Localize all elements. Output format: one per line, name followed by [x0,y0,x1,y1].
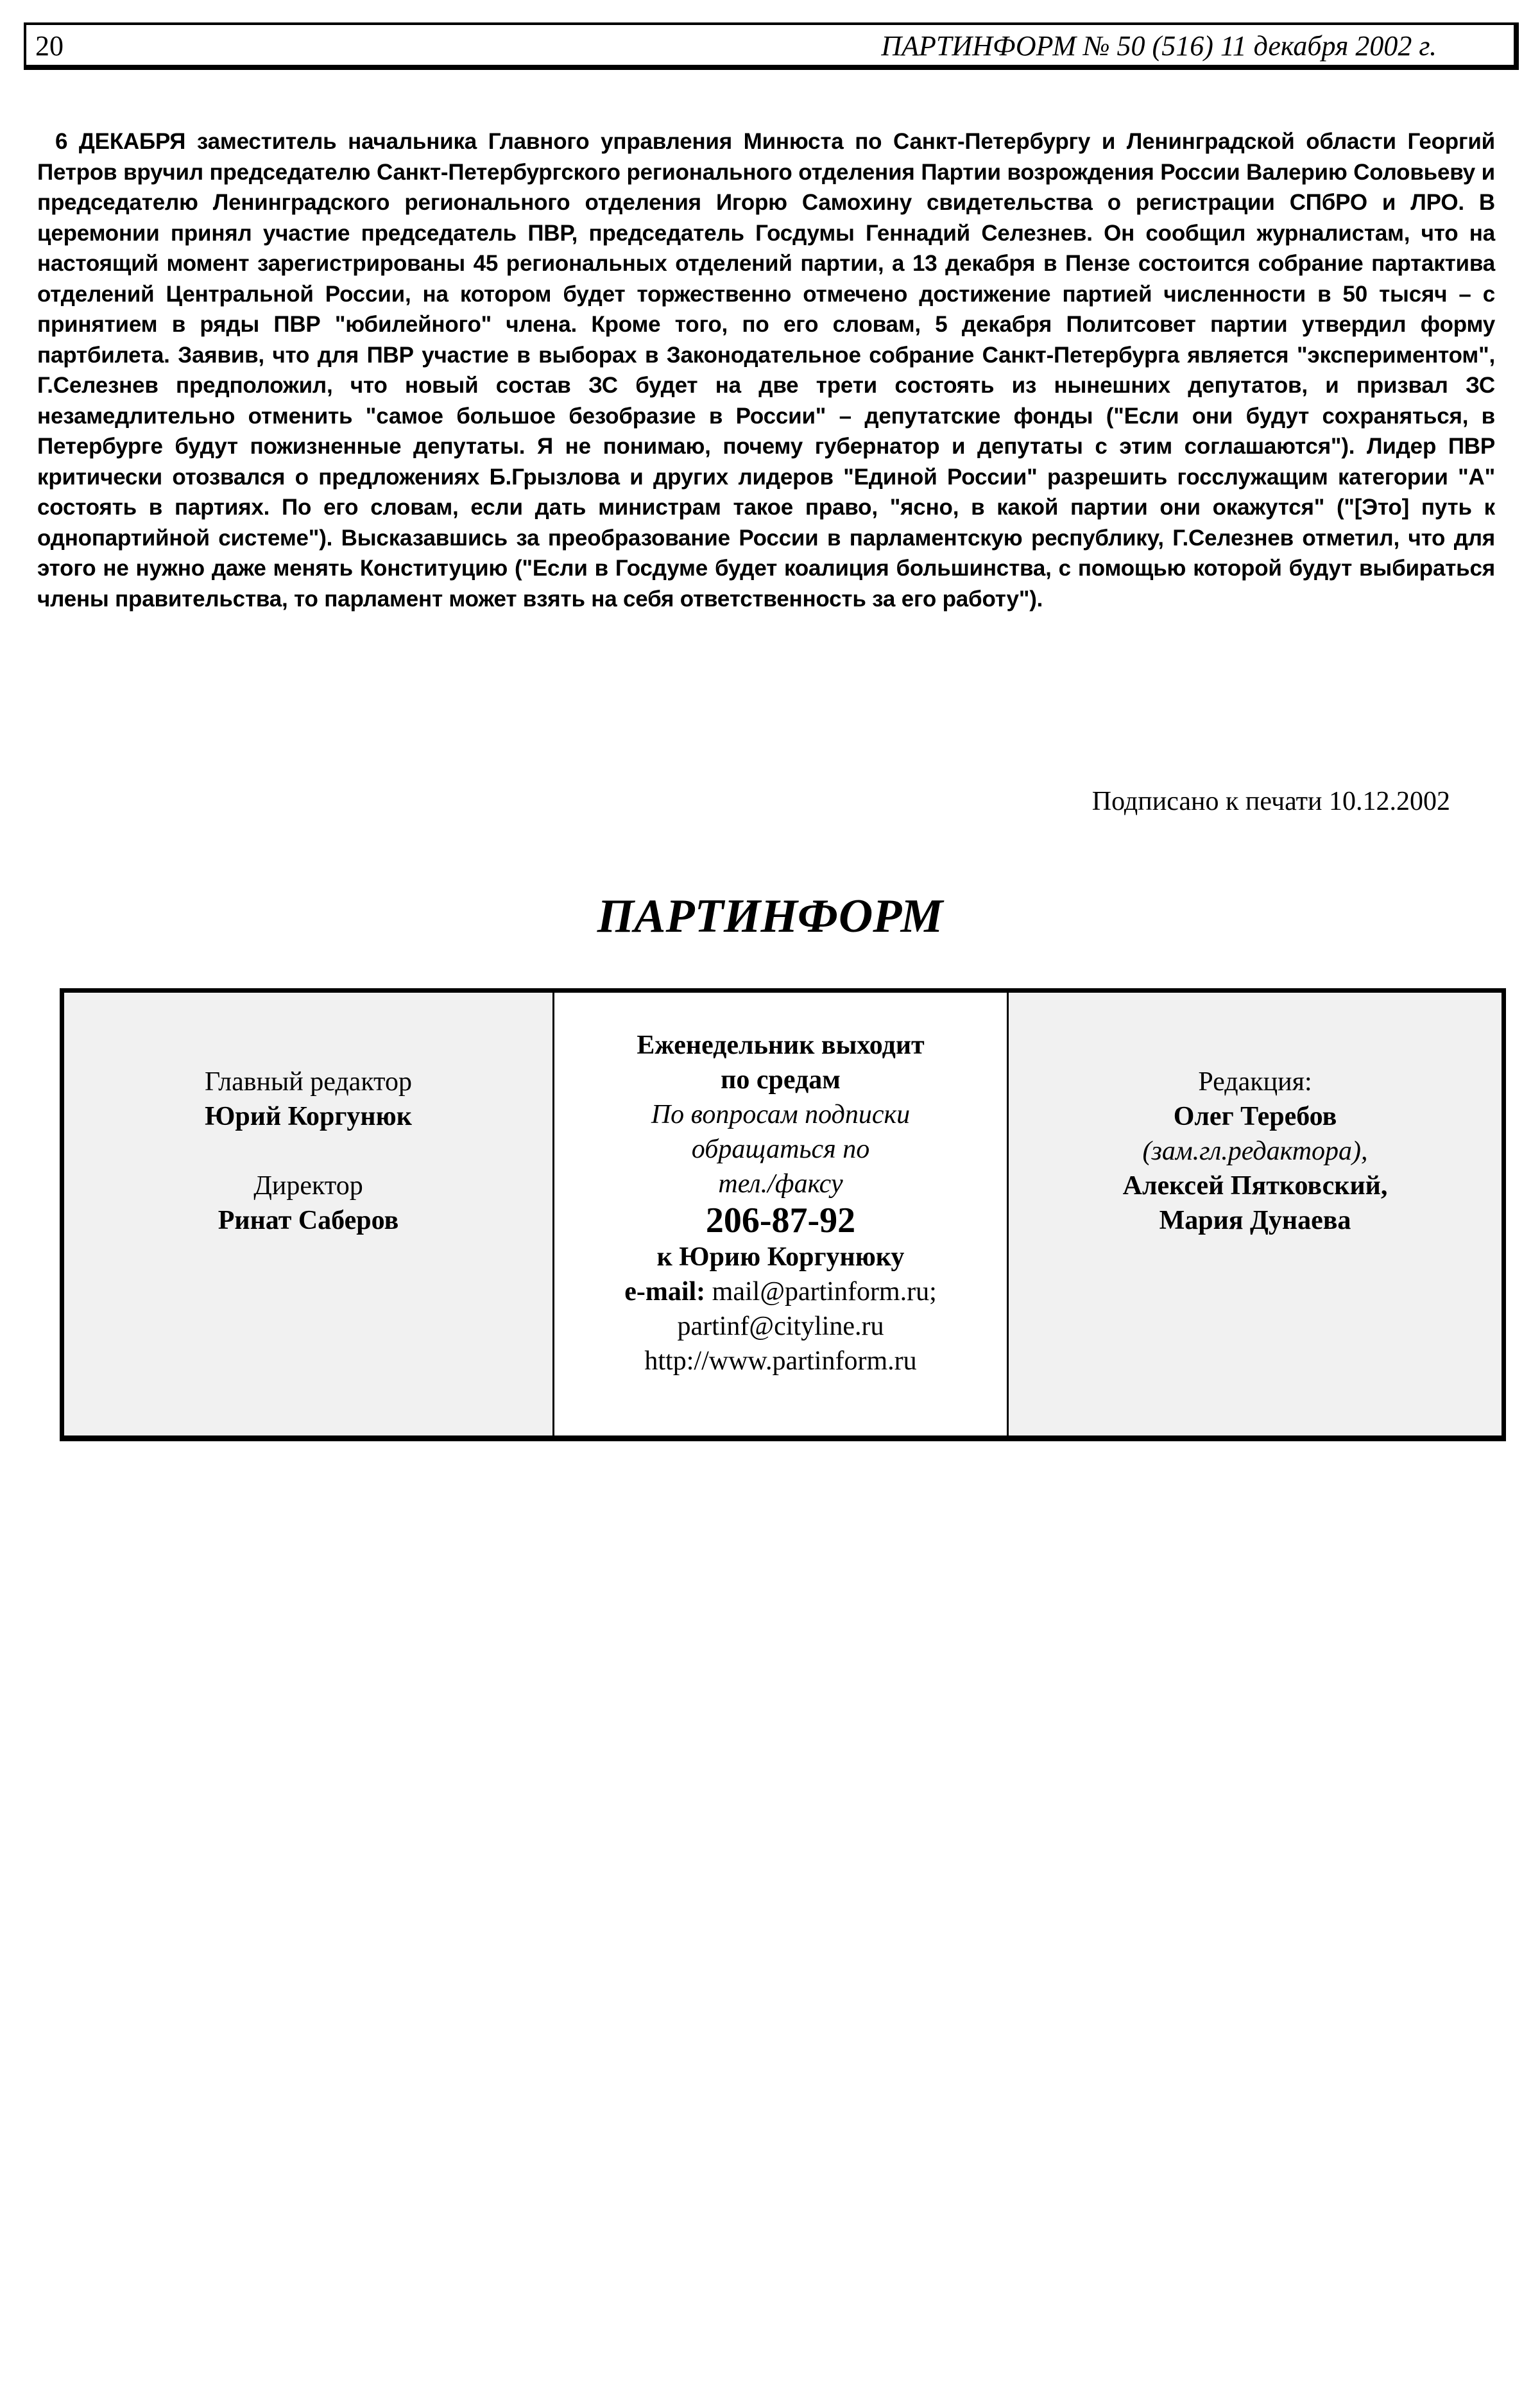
phone-number: 206-87-92 [554,1201,1007,1240]
email-link-2[interactable]: partinf@cityline.ru [554,1309,1007,1344]
editor-title: Главный редактор [64,1065,552,1099]
page-header: 20 ПАРТИНФОРМ № 50 (516) 11 декабря 2002… [24,22,1519,70]
contact-person: к Юрию Коргунюку [554,1240,1007,1274]
staff-title: Редакция: [1009,1065,1502,1099]
article-text: заместитель начальника Главного управлен… [37,129,1495,612]
director-name: Ринат Саберов [64,1203,552,1238]
staff-1-role: (зам.гл.редактора), [1009,1134,1502,1169]
staff-2-name: Алексей Пятковский, [1009,1169,1502,1203]
masthead-title: ПАРТИНФОРМ [0,887,1540,945]
imprint-staff: Редакция: Олег Теребов (зам.гл.редактора… [1009,993,1502,1435]
subscription-line-1: По вопросам подписки [554,1097,1007,1132]
director-title: Директор [64,1169,552,1203]
staff-1-name: Олег Теребов [1009,1099,1502,1134]
email-link-1[interactable]: mail@partinform.ru; [705,1277,937,1307]
issue-line: ПАРТИНФОРМ № 50 (516) 11 декабря 2002 г. [881,26,1437,66]
news-article: 6 ДЕКАБРЯ заместитель начальника Главног… [37,126,1495,614]
imprint-table: Главный редактор Юрий Коргунюк Директор … [60,988,1506,1441]
schedule-line-1: Еженедельник выходит [554,1028,1007,1063]
editor-name: Юрий Коргунюк [64,1099,552,1134]
imprint-contacts: Еженедельник выходит по средам По вопрос… [554,993,1009,1435]
email-line: e-mail: mail@partinform.ru; [554,1274,1007,1309]
website-link[interactable]: http://www.partinform.ru [554,1344,1007,1378]
staff-3-name: Мария Дунаева [1009,1203,1502,1238]
article-lead: 6 ДЕКАБРЯ [55,129,185,154]
schedule-line-2: по средам [554,1063,1007,1097]
imprint-editors: Главный редактор Юрий Коргунюк Директор … [64,993,554,1435]
email-label: e-mail: [624,1277,705,1307]
subscription-line-2: обращаться по [554,1132,1007,1167]
subscription-line-3: тел./факсу [554,1167,1007,1201]
signed-for-print: Подписано к печати 10.12.2002 [1092,786,1450,817]
page-number: 20 [35,26,64,66]
